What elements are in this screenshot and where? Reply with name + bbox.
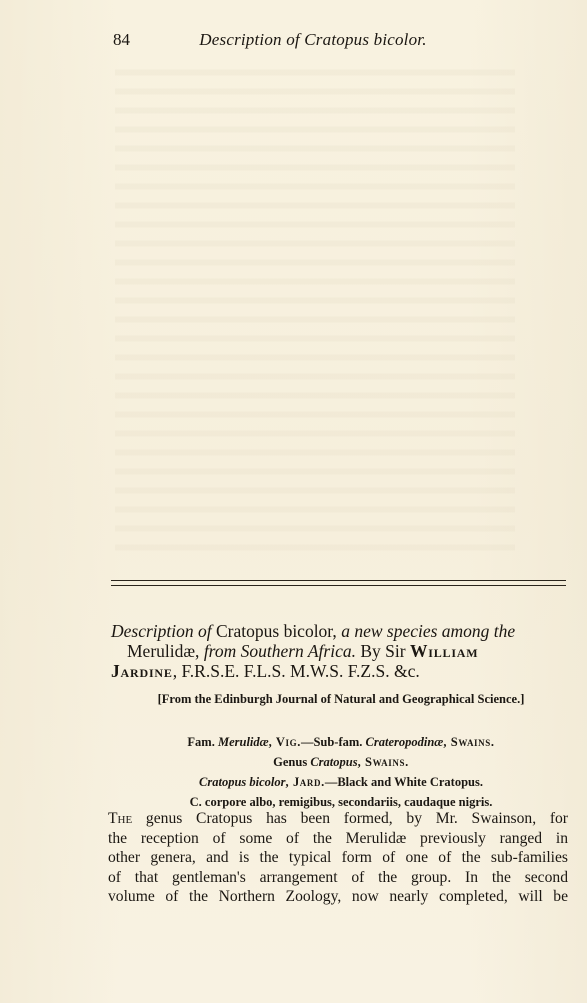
running-title: Description of Cratopus bicolor. [113, 30, 513, 50]
family-authority: , Vig. [269, 735, 301, 749]
running-head: 84 Description of Cratopus bicolor. [113, 30, 513, 52]
section-divider [111, 580, 566, 586]
classification-block: Fam. Merulidæ, Vig.—Sub-fam. Crateropodi… [111, 732, 571, 812]
body-line: other genera, and is the typical form of… [108, 848, 568, 868]
lead-in: The [108, 810, 132, 827]
title-origin: from Southern Africa. [199, 641, 356, 661]
body-line-text: volume of the Northern Zoology, now near… [108, 888, 568, 905]
body-line: The genus Cratopus has been formed, by M… [108, 809, 568, 829]
title-species: Cratopus bicolor, [212, 621, 337, 641]
author-first-name: William [410, 641, 478, 661]
species-authority: , Jard. [286, 775, 325, 789]
subfamily-authority: , Swains. [443, 735, 494, 749]
bleed-through-texture [115, 60, 515, 560]
classification-species-line: Cratopus bicolor, Jard.—Black and White … [111, 772, 571, 792]
title-italic-part: Description of [111, 621, 212, 641]
source-note: [From the Edinburgh Journal of Natural a… [111, 692, 571, 707]
title-italic-part: a new species among the [337, 621, 515, 641]
title-third-line: Jardine, F.R.S.E. F.L.S. M.W.S. F.Z.S. &… [111, 661, 571, 681]
classification-genus-line: Genus Cratopus, Swains. [111, 752, 571, 772]
genus-authority: , Swains. [358, 755, 409, 769]
classification-family-line: Fam. Merulidæ, Vig.—Sub-fam. Crateropodi… [111, 732, 571, 752]
author-credentials: , F.R.S.E. F.L.S. M.W.S. F.Z.S. &c. [173, 661, 420, 681]
body-paragraph: The genus Cratopus has been formed, by M… [108, 809, 568, 907]
species-name: Cratopus bicolor [199, 775, 285, 789]
title-by: By Sir [356, 641, 410, 661]
genus-name: Cratopus [310, 755, 357, 769]
body-line-text: other genera, and is the typical form of… [108, 849, 568, 866]
subfamily-name: Crateropodinæ [366, 735, 444, 749]
subfamily-label: —Sub-fam. [301, 735, 366, 749]
family-name: Merulidæ [218, 735, 269, 749]
title-second-line: Merulidæ, from Southern Africa. By Sir W… [111, 641, 571, 661]
title-family: Merulidæ, [127, 641, 199, 661]
book-page: 84 Description of Cratopus bicolor. Desc… [0, 0, 587, 1003]
genus-label: Genus [273, 755, 310, 769]
species-common-name: —Black and White Cratopus. [325, 775, 483, 789]
body-line: of that gentleman's arrangement of the g… [108, 868, 568, 888]
body-line-text: the reception of some of the Merulidæ pr… [108, 830, 568, 847]
article-title: Description of Cratopus bicolor, a new s… [111, 621, 571, 681]
body-line-text: of that gentleman's arrangement of the g… [108, 869, 568, 886]
body-line: volume of the Northern Zoology, now near… [108, 887, 568, 907]
body-line: the reception of some of the Merulidæ pr… [108, 829, 568, 849]
body-line-text: genus Cratopus has been formed, by Mr. S… [132, 810, 568, 827]
family-label: Fam. [187, 735, 218, 749]
author-last-name: Jardine [111, 661, 173, 681]
